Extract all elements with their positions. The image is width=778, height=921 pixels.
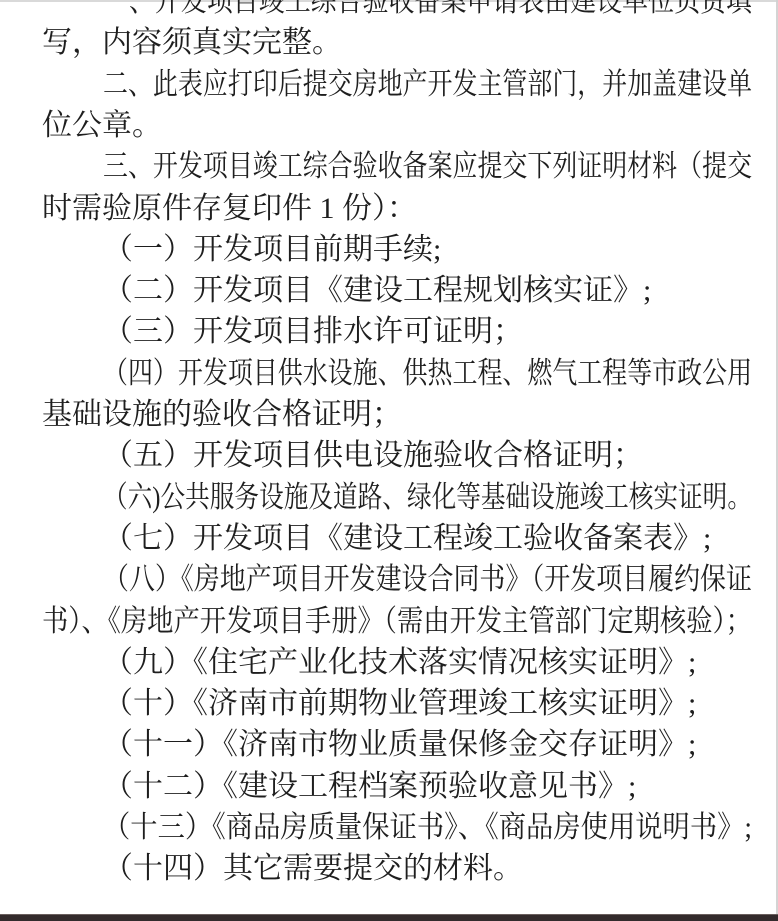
text-line: （八）《房地产项目开发建设合同书》（开发项目履约保证 <box>103 563 778 597</box>
text-line: （三）开发项目排水许可证明； <box>103 315 523 349</box>
text-line: （十）《济南市前期物业管理竣工核实证明》; <box>103 687 696 721</box>
text-line: （四）开发项目供水设施、供热工程、燃气工程等市政公用 <box>103 357 778 391</box>
text-line: （九）《住宅产业化技术落实情况核实证明》; <box>103 646 696 680</box>
text-line: （十四）其它需要提交的材料。 <box>103 852 523 886</box>
text-line: 一、开发项目竣工综合验收备案申请表由建设单位负责填 <box>103 0 778 19</box>
text-line: 时需验原件存复印件 1 份）： <box>42 192 417 226</box>
document-page: 一、开发项目竣工综合验收备案申请表由建设单位负责填写，内容须真实完整。二、此表应… <box>0 0 778 921</box>
text-line: （六)公共服务设施及道路、绿化等基础设施竣工核实证明。 <box>103 481 778 515</box>
text-line: （十三）《商品房质量保证书》、《商品房使用说明书》; <box>103 811 778 845</box>
text-line: 位公章。 <box>42 109 162 143</box>
text-line: 基础设施的验收合格证明； <box>42 398 402 432</box>
text-line: （七）开发项目《建设工程竣工验收备案表》; <box>103 522 711 556</box>
text-line: （五）开发项目供电设施验收合格证明； <box>103 439 643 473</box>
text-line: （十二）《建设工程档案预验收意见书》; <box>103 770 636 804</box>
text-line: （一）开发项目前期手续; <box>103 233 441 267</box>
text-line: 书）、《房地产开发项目手册》（需由开发主管部门定期核验）； <box>42 605 778 639</box>
text-line: 写，内容须真实完整。 <box>42 26 342 60</box>
text-line: 三、开发项目竣工综合验收备案应提交下列证明材料（提交 <box>103 150 778 184</box>
text-line: （十一）《济南市物业质量保修金交存证明》; <box>103 728 696 762</box>
text-line: （二）开发项目《建设工程规划核实证》; <box>103 274 651 308</box>
scan-bottom-edge <box>0 914 778 921</box>
screenshot-root: { "page": { "background": "#ffffff", "te… <box>0 0 778 921</box>
text-line: 二、此表应打印后提交房地产开发主管部门，并加盖建设单 <box>103 68 778 102</box>
